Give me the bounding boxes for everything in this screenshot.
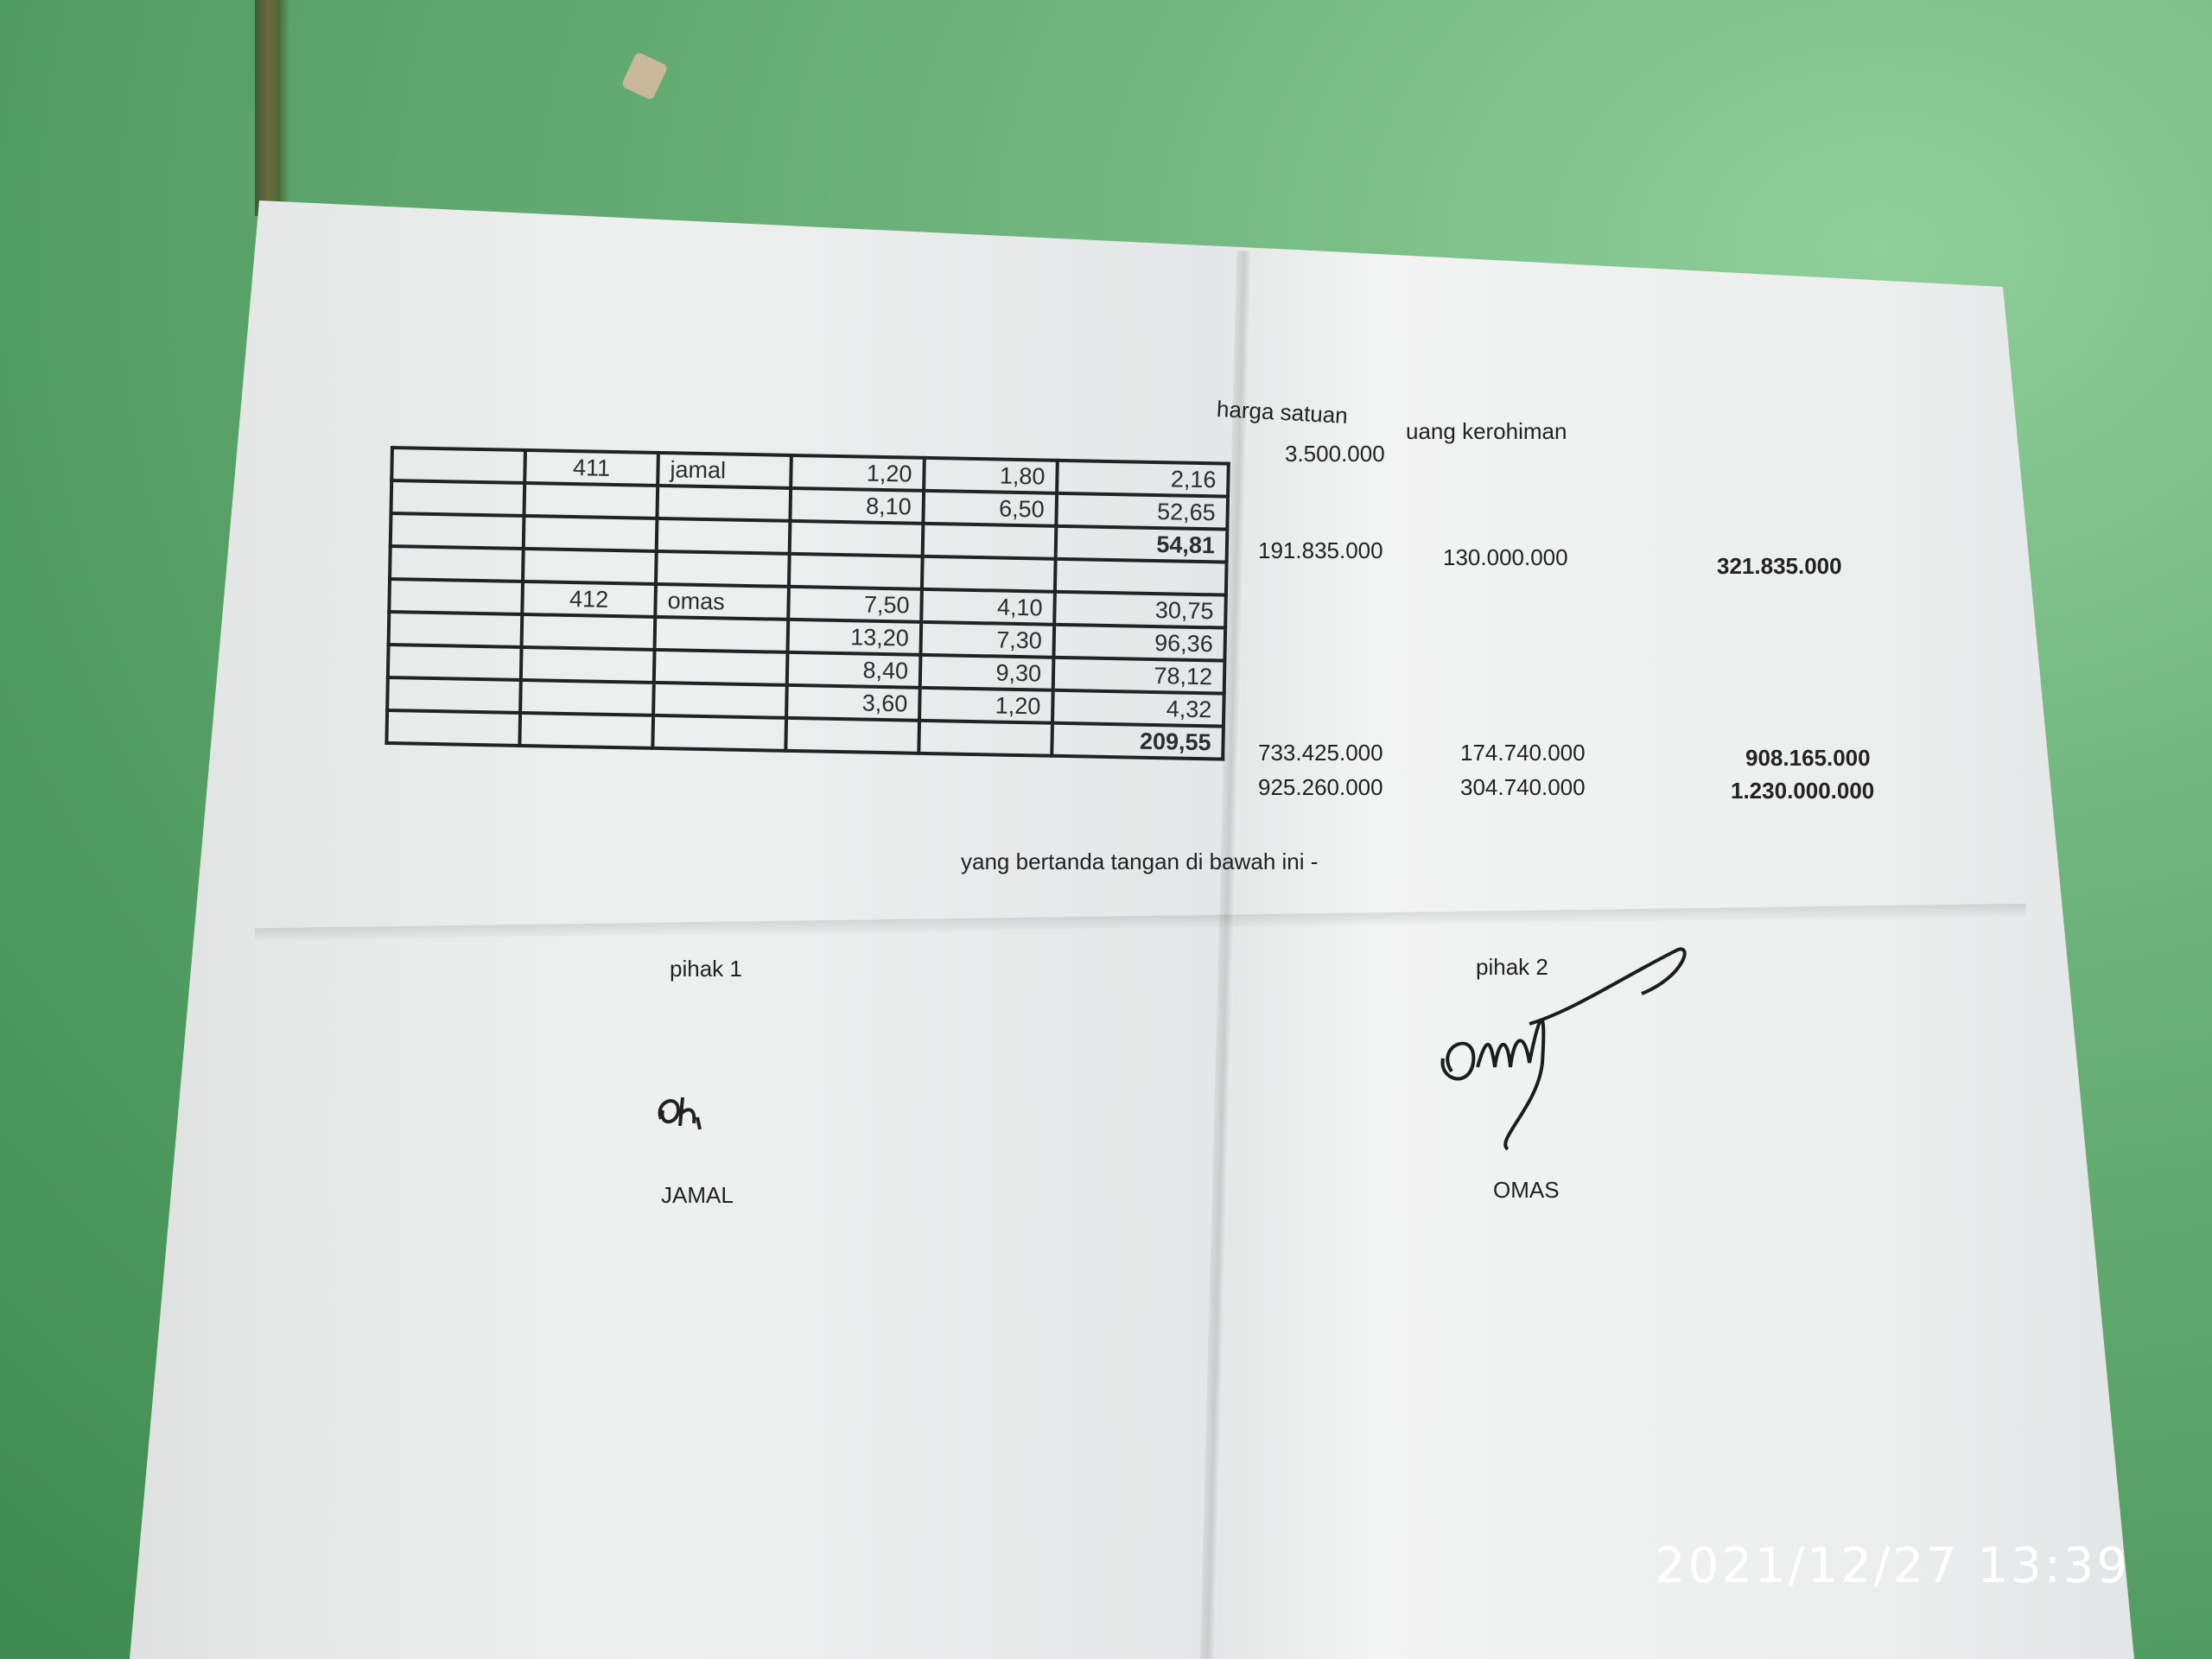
table-cell: 7,30 [920, 622, 1054, 658]
table-cell [389, 612, 523, 647]
table-cell [519, 713, 653, 748]
grand-harga: 925.260.000 [1258, 774, 1383, 801]
table-cell: 8,10 [790, 488, 924, 524]
jamal-kerohiman: 130.000.000 [1443, 544, 1568, 571]
table-cell: 78,12 [1053, 658, 1225, 694]
party-2-name: OMAS [1493, 1177, 1560, 1204]
statement-text: yang bertanda tangan di bawah ini - [961, 849, 1318, 875]
grand-kerohiman: 304.740.000 [1460, 774, 1586, 801]
table-cell: 13,20 [787, 620, 921, 655]
floor-debris [621, 52, 669, 101]
party-1-label: pihak 1 [670, 956, 742, 982]
table-cell: 96,36 [1053, 625, 1225, 661]
table-cell [387, 677, 521, 713]
table-cell: 2,16 [1057, 461, 1229, 497]
photo-timestamp: 2021/12/27 13:39 [1655, 1538, 2130, 1594]
table-cell [524, 483, 658, 518]
table-cell [523, 549, 657, 584]
measurement-table: 411jamal1,201,802,168,106,5052,6554,8141… [385, 446, 1230, 761]
table-cell [785, 718, 919, 753]
table-cell [391, 513, 524, 549]
table-cell: 4,32 [1052, 690, 1224, 727]
table-cell [388, 645, 522, 680]
signature-omas [1426, 942, 1694, 1158]
table-cell [653, 683, 787, 718]
table-cell: 209,55 [1052, 723, 1224, 760]
table-cell [922, 556, 1056, 592]
table-cell [655, 617, 789, 652]
table-cell: omas [655, 584, 789, 620]
table-cell [524, 516, 658, 551]
fold-crease-horizontal [255, 904, 2026, 941]
jamal-total: 321.835.000 [1717, 553, 1842, 580]
table-cell: 9,30 [920, 655, 1054, 690]
table-cell: 7,50 [788, 587, 922, 622]
table-cell [656, 551, 790, 587]
table-cell: 52,65 [1056, 493, 1228, 530]
table-cell [521, 647, 655, 683]
table-cell [391, 480, 525, 516]
table-cell [918, 721, 1052, 756]
table-cell [923, 524, 1057, 559]
grand-total: 1.230.000.000 [1731, 778, 1874, 804]
table-cell [522, 614, 656, 650]
table-cell: 6,50 [923, 491, 1057, 526]
table-cell [386, 710, 520, 746]
party-1-name: JAMAL [661, 1182, 734, 1209]
table-cell [789, 554, 923, 589]
table-cell: 1,20 [791, 455, 925, 491]
omas-harga: 733.425.000 [1258, 740, 1383, 766]
table-cell: jamal [658, 453, 791, 488]
table-cell [391, 448, 525, 483]
table-cell [390, 546, 524, 582]
table-cell: 4,10 [921, 589, 1055, 625]
signature-jamal [652, 1084, 730, 1136]
table-cell: 412 [522, 582, 656, 617]
table-cell: 54,81 [1056, 526, 1228, 563]
table-cell: 3,60 [786, 685, 920, 721]
omas-kerohiman: 174.740.000 [1460, 740, 1586, 766]
omas-total: 908.165.000 [1745, 745, 1871, 772]
table-cell [652, 715, 786, 751]
table-cell [657, 518, 791, 554]
table-cell: 8,40 [787, 652, 921, 688]
table-cell: 1,20 [919, 688, 1053, 723]
floor-crack [255, 0, 289, 216]
table-cell: 1,80 [924, 458, 1058, 493]
table-cell: 411 [524, 450, 658, 486]
table-cell [520, 680, 654, 715]
paper-document: 411jamal1,201,802,168,106,5052,6554,8141… [0, 0, 2212, 1659]
jamal-harga: 191.835.000 [1258, 537, 1383, 564]
table-cell [1055, 559, 1227, 595]
table-cell [389, 579, 523, 614]
unit-price: 3.500.000 [1285, 441, 1385, 467]
header-uang-kerohiman: uang kerohiman [1406, 418, 1567, 445]
table-cell [790, 521, 924, 556]
table-cell: 30,75 [1054, 592, 1226, 628]
table-cell [654, 650, 788, 685]
table-cell [657, 486, 791, 521]
